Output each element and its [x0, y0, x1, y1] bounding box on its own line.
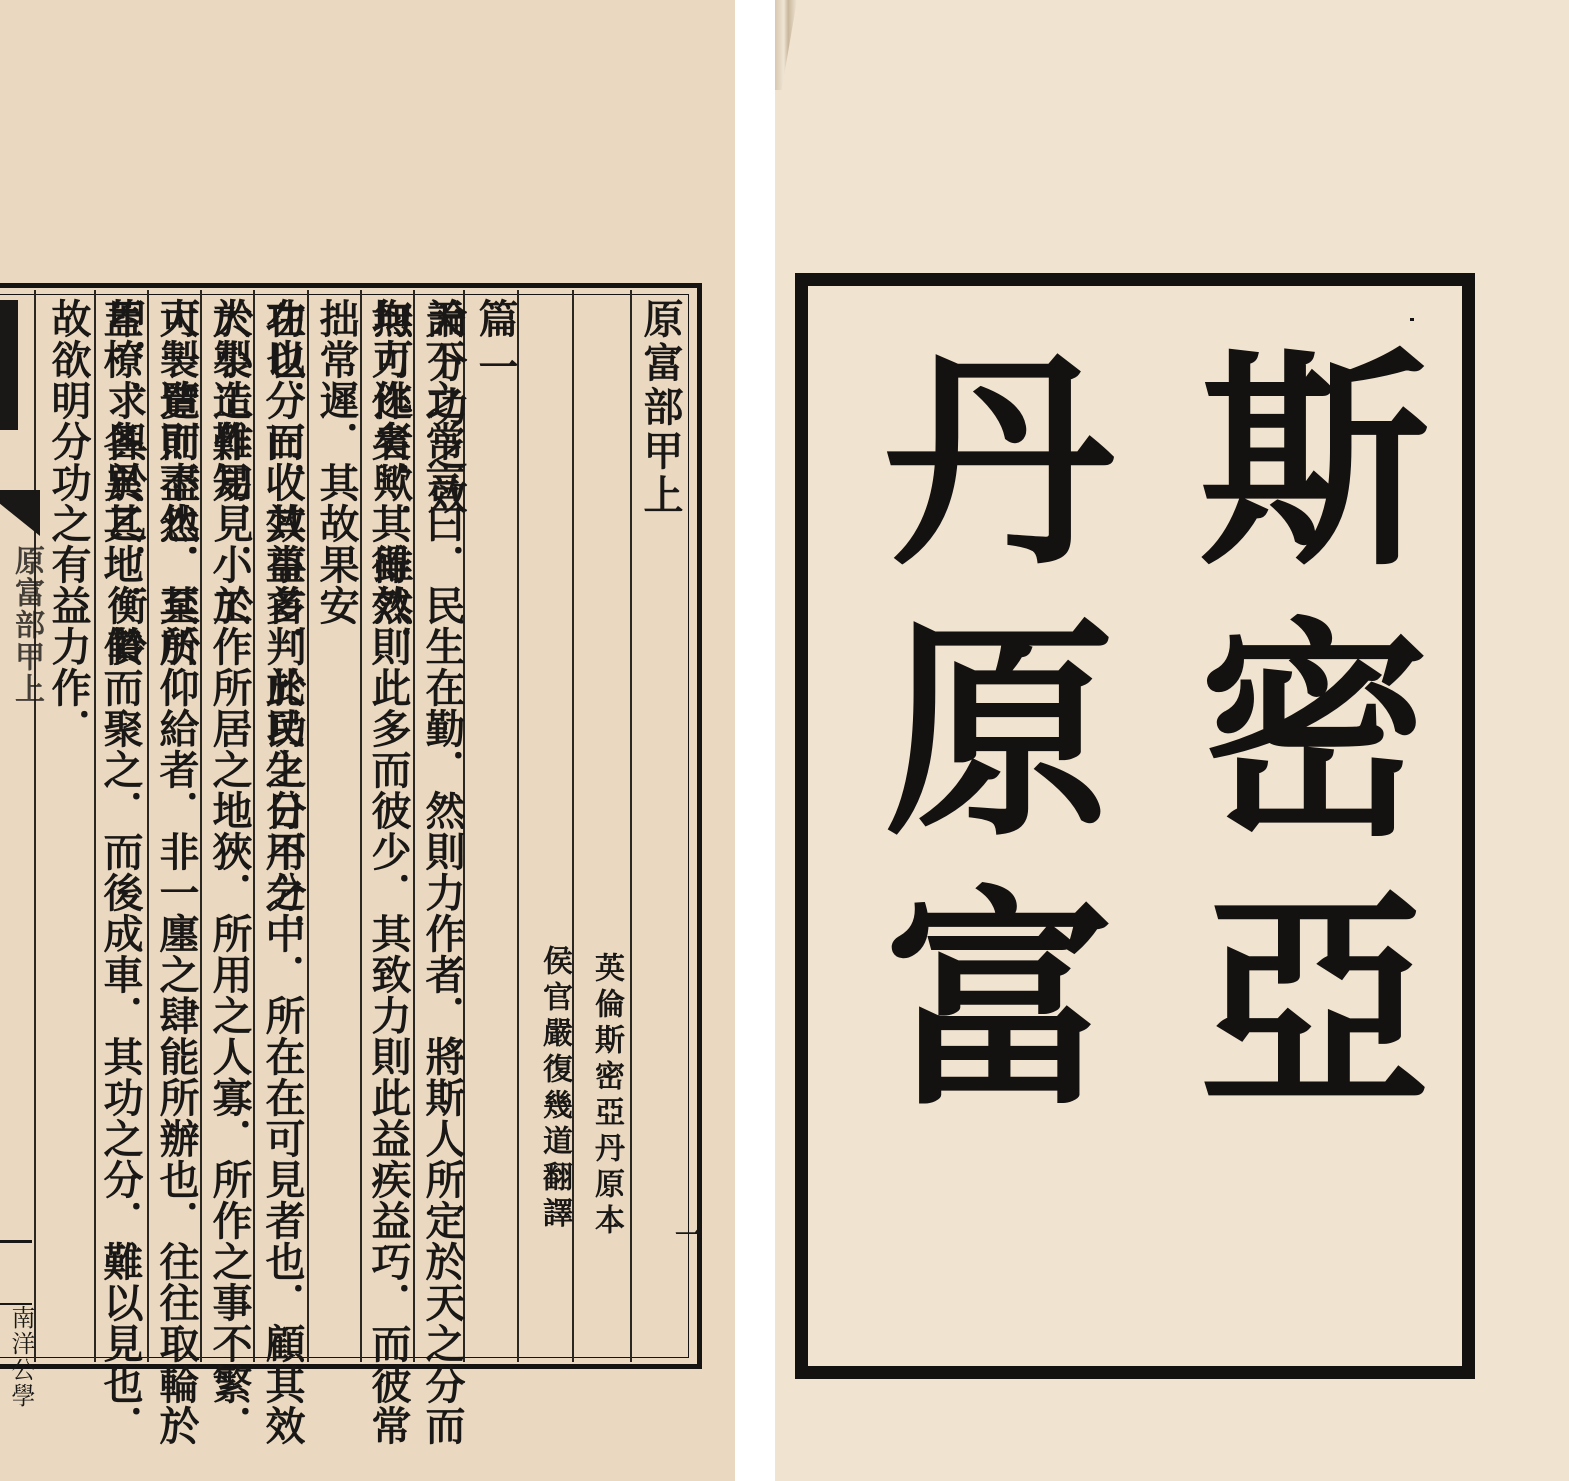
banxin-divider: [0, 1240, 32, 1243]
original-author-credit: 英倫斯密亞丹原本: [580, 952, 632, 1240]
fish-tail-block: [0, 300, 18, 430]
fold-rule: [34, 290, 36, 1362]
banxin-title: 原富部甲上: [4, 545, 48, 705]
section-number: 篇一: [469, 298, 521, 394]
title-column-right: 斯密亞: [1145, 340, 1445, 1150]
title-column-left: 丹原富: [830, 340, 1130, 1150]
body-column-2: 均力作矣．其得效則此多而彼少．其致力則此益疾益巧．而彼常拙常遲．其故果安: [310, 298, 414, 1481]
ink-speck: [1410, 318, 1414, 321]
page-gutter: [735, 0, 775, 1481]
translator-credit: 侯官嚴復幾道翻譯: [528, 945, 580, 1233]
ink-speck: [1373, 1370, 1401, 1374]
column-rule: [517, 290, 519, 1362]
body-column-7: 蓋橑．各異其地．儹而聚之．而後成車．其功之分．難以見也．故欲明分功之有益力作．: [42, 298, 146, 1481]
chapter-heading: 原富部甲上: [634, 298, 686, 518]
banxin-publisher: 南洋公學: [4, 1305, 39, 1409]
folio-number: 一: [675, 1215, 701, 1252]
